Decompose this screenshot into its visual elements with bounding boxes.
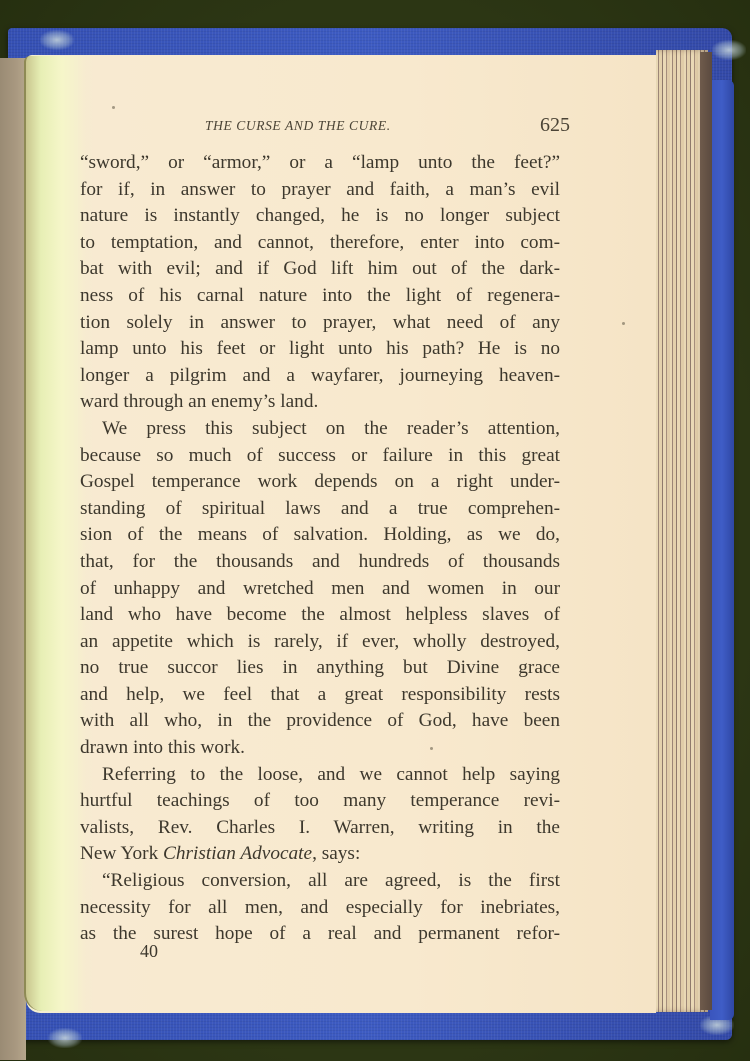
paper-speck bbox=[112, 106, 115, 109]
page-stack-shadow bbox=[700, 52, 712, 1010]
page-header: THE CURSE AND THE CURE. 625 bbox=[205, 116, 570, 140]
text-line: standing of spiritual laws and a true co… bbox=[80, 496, 560, 523]
text-line: tion solely in answer to prayer, what ne… bbox=[80, 310, 560, 337]
text-line: an appetite which is rarely, if ever, wh… bbox=[80, 629, 560, 656]
paragraph-start-line: Referring to the loose, and we cannot he… bbox=[80, 762, 560, 789]
text-line: drawn into this work. bbox=[80, 735, 560, 762]
cover-spine-flap bbox=[710, 80, 734, 1020]
text-line: because so much of success or failure in… bbox=[80, 443, 560, 470]
text-line: ward through an enemy’s land. bbox=[80, 389, 560, 416]
quotation-start-line: “Religious conversion, all are agreed, i… bbox=[80, 868, 560, 895]
text-line: and help, we feel that a great responsib… bbox=[80, 682, 560, 709]
text-line: valists, Rev. Charles I. Warren, writing… bbox=[80, 815, 560, 842]
text-line: of unhappy and wretched men and women in… bbox=[80, 576, 560, 603]
frayed-cover-corner-top-left bbox=[40, 30, 74, 50]
text-line: bat with evil; and if God lift him out o… bbox=[80, 256, 560, 283]
text-line: land who have become the almost helpless… bbox=[80, 602, 560, 629]
text-line: to temptation, and cannot, therefore, en… bbox=[80, 230, 560, 257]
text-fragment: , says: bbox=[312, 843, 360, 864]
body-text: “sword,” or “armor,” or a “lamp unto the… bbox=[80, 150, 560, 948]
page-number: 625 bbox=[540, 114, 570, 137]
paper-speck bbox=[622, 322, 625, 325]
left-page-edge bbox=[0, 58, 26, 1060]
text-line: longer a pilgrim and a wayfarer, journey… bbox=[80, 363, 560, 390]
text-line: nature is instantly changed, he is no lo… bbox=[80, 203, 560, 230]
text-line: that, for the thousands and hundreds of … bbox=[80, 549, 560, 576]
text-line: sion of the means of salvation. Holding,… bbox=[80, 522, 560, 549]
text-line: for if, in answer to prayer and faith, a… bbox=[80, 177, 560, 204]
text-line: “sword,” or “armor,” or a “lamp unto the… bbox=[80, 150, 560, 177]
page-gutter-curve bbox=[24, 56, 86, 1011]
text-line: lamp unto his feet or light unto his pat… bbox=[80, 336, 560, 363]
text-line: no true succor lies in anything but Divi… bbox=[80, 655, 560, 682]
text-line: with all who, in the providence of God, … bbox=[80, 708, 560, 735]
paragraph-start-line: We press this subject on the reader’s at… bbox=[80, 416, 560, 443]
text-line: Gospel temperance work depends on a righ… bbox=[80, 469, 560, 496]
frayed-cover-corner-bottom-left bbox=[48, 1028, 82, 1048]
publication-title: Christian Advocate bbox=[163, 843, 312, 864]
signature-mark: 40 bbox=[140, 941, 158, 962]
running-head: THE CURSE AND THE CURE. bbox=[205, 118, 391, 134]
frayed-cover-corner-top-right bbox=[712, 40, 746, 60]
text-line: necessity for all men, and especially fo… bbox=[80, 895, 560, 922]
text-line-with-italic-title: New York Christian Advocate, says: bbox=[80, 841, 560, 868]
text-line: ness of his carnal nature into the light… bbox=[80, 283, 560, 310]
text-fragment: New York bbox=[80, 843, 163, 864]
text-line: hurtful teachings of too many temperance… bbox=[80, 788, 560, 815]
